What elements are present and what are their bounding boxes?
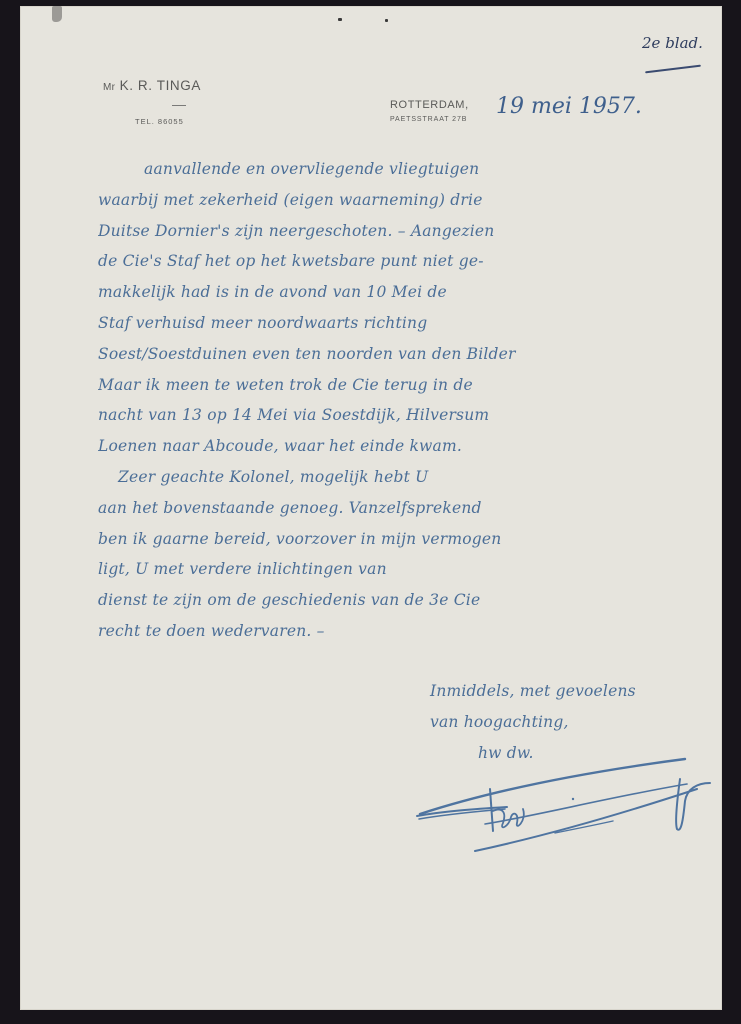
letterhead-street: PAETSSTRAAT 27B: [390, 116, 467, 123]
closing-line: Inmiddels, met gevoelens: [404, 676, 724, 707]
body-line: Duitse Dornier's zijn neergeschoten. – A…: [98, 216, 718, 247]
body-line: makkelijk had is in de avond van 10 Mei …: [98, 277, 718, 308]
letter-page: Mr K. R. TINGA TEL. 86055 ROTTERDAM, PAE…: [20, 6, 722, 1010]
body-line: ben ik gaarne bereid, voorzover in mijn …: [98, 524, 718, 555]
body-line: aan het bovenstaande genoeg. Vanzelfspre…: [98, 493, 718, 524]
body-line: ligt, U met verdere inlichtingen van: [98, 554, 718, 585]
sheet-number-note: 2e blad.: [642, 34, 703, 52]
paper-smudge: [52, 6, 62, 22]
body-line: aanvallende en overvliegende vliegtuigen: [98, 154, 718, 185]
letter-date: 19 mei 1957.: [496, 94, 642, 119]
letterhead-title-prefix: Mr: [103, 82, 115, 93]
letter-body: aanvallende en overvliegende vliegtuigen…: [98, 154, 718, 647]
body-line: Soest/Soestduinen even ten noorden van d…: [98, 339, 718, 370]
sheet-number-underline: [645, 65, 701, 74]
paper-speck: [338, 18, 342, 21]
body-line: nacht van 13 op 14 Mei via Soestdijk, Hi…: [98, 400, 718, 431]
body-line: Loenen naar Abcoude, waar het einde kwam…: [98, 431, 718, 462]
signature-mark: [415, 751, 715, 861]
body-line: dienst te zijn om de geschiedenis van de…: [98, 585, 718, 616]
letterhead-sender-name: K. R. TINGA: [120, 78, 201, 93]
body-line: Maar ik meen te weten trok de Cie terug …: [98, 370, 718, 401]
body-line: de Cie's Staf het op het kwetsbare punt …: [98, 246, 718, 277]
letterhead-divider: [172, 105, 186, 106]
letterhead-telephone: TEL. 86055: [135, 117, 184, 126]
paper-speck: [385, 19, 388, 22]
body-line: Staf verhuisd meer noordwaarts richting: [98, 308, 718, 339]
closing-line: van hoogachting,: [404, 707, 724, 738]
body-line: Zeer geachte Kolonel, mogelijk hebt U: [98, 462, 718, 493]
letterhead-city: ROTTERDAM,: [390, 99, 469, 111]
body-line: recht te doen wedervaren. –: [98, 616, 718, 647]
letterhead-name: Mr K. R. TINGA: [103, 78, 201, 93]
body-line: waarbij met zekerheid (eigen waarneming)…: [98, 185, 718, 216]
